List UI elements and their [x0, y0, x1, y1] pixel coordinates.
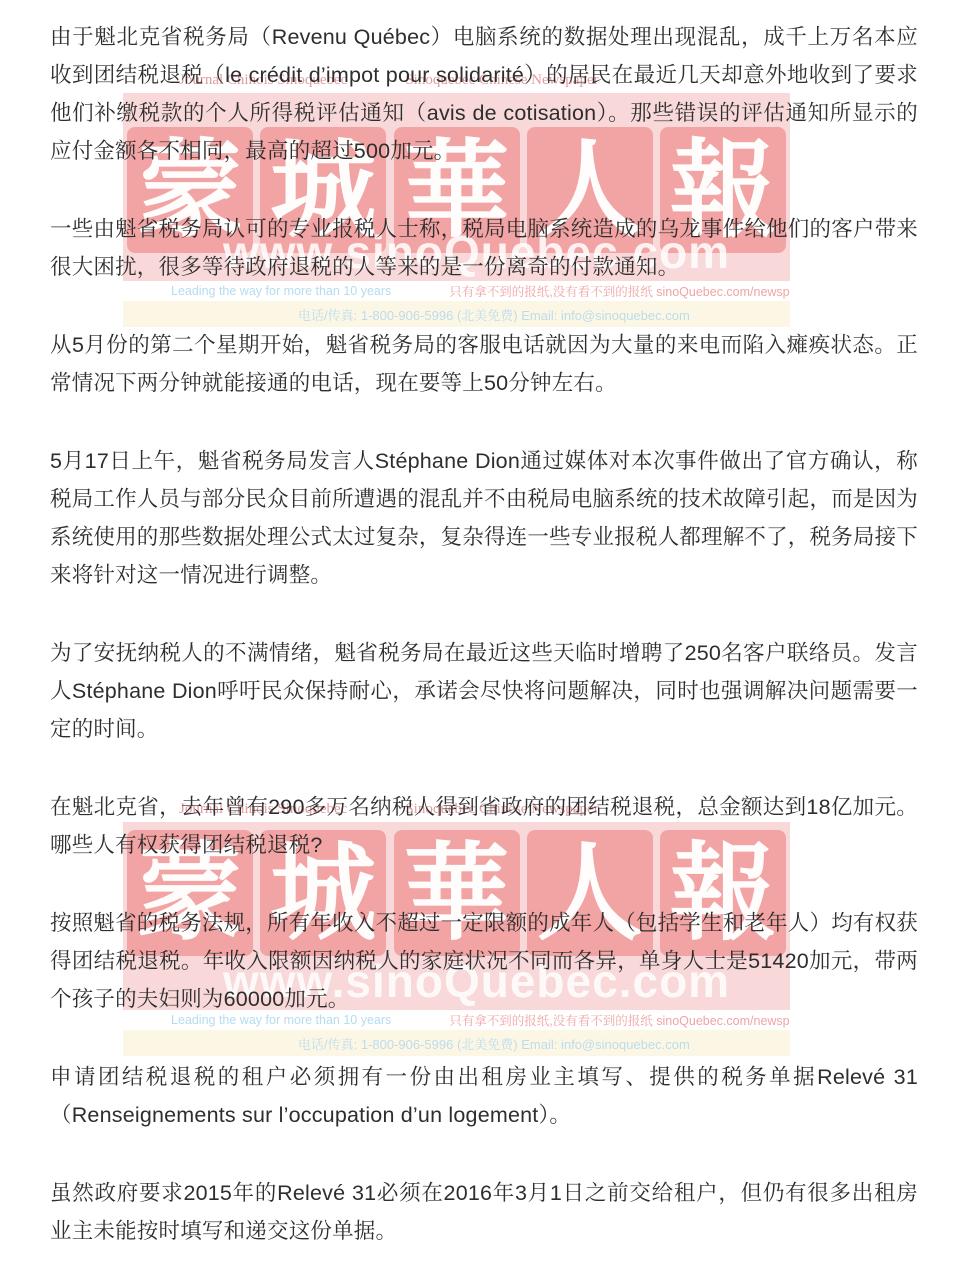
article-paragraph: 在魁北克省，去年曾有290多万名纳税人得到省政府的团结税退税，总金额达到18亿加… — [50, 788, 918, 864]
article-paragraph: 为了安抚纳税人的不满情绪，魁省税务局在最近这些天临时增聘了250名客户联络员。发… — [50, 634, 918, 748]
article-paragraph: 申请团结税退税的租户必须拥有一份由出租房业主填写、提供的税务单据Relevé 3… — [50, 1058, 918, 1134]
article-paragraph: 5月17日上午，魁省税务局发言人Stéphane Dion通过媒体对本次事件做出… — [50, 442, 918, 594]
page-root: Journal Chinois Sinoquebec Sinoquebec Ch… — [0, 0, 954, 1262]
article-body: 由于魁北克省税务局（Revenu Québec）电脑系统的数据处理出现混乱，成千… — [0, 0, 954, 1250]
article-paragraph: 由于魁北克省税务局（Revenu Québec）电脑系统的数据处理出现混乱，成千… — [50, 18, 918, 170]
article-paragraph: 一些由魁省税务局认可的专业报税人士称，税局电脑系统造成的乌龙事件给他们的客户带来… — [50, 210, 918, 286]
article-paragraph: 从5月份的第二个星期开始，魁省税务局的客服电话就因为大量的来电而陷入瘫痪状态。正… — [50, 326, 918, 402]
article-paragraph: 按照魁省的税务法规，所有年收入不超过一定限额的成年人（包括学生和老年人）均有权获… — [50, 904, 918, 1018]
article-paragraph: 虽然政府要求2015年的Relevé 31必须在2016年3月1日之前交给租户，… — [50, 1174, 918, 1250]
